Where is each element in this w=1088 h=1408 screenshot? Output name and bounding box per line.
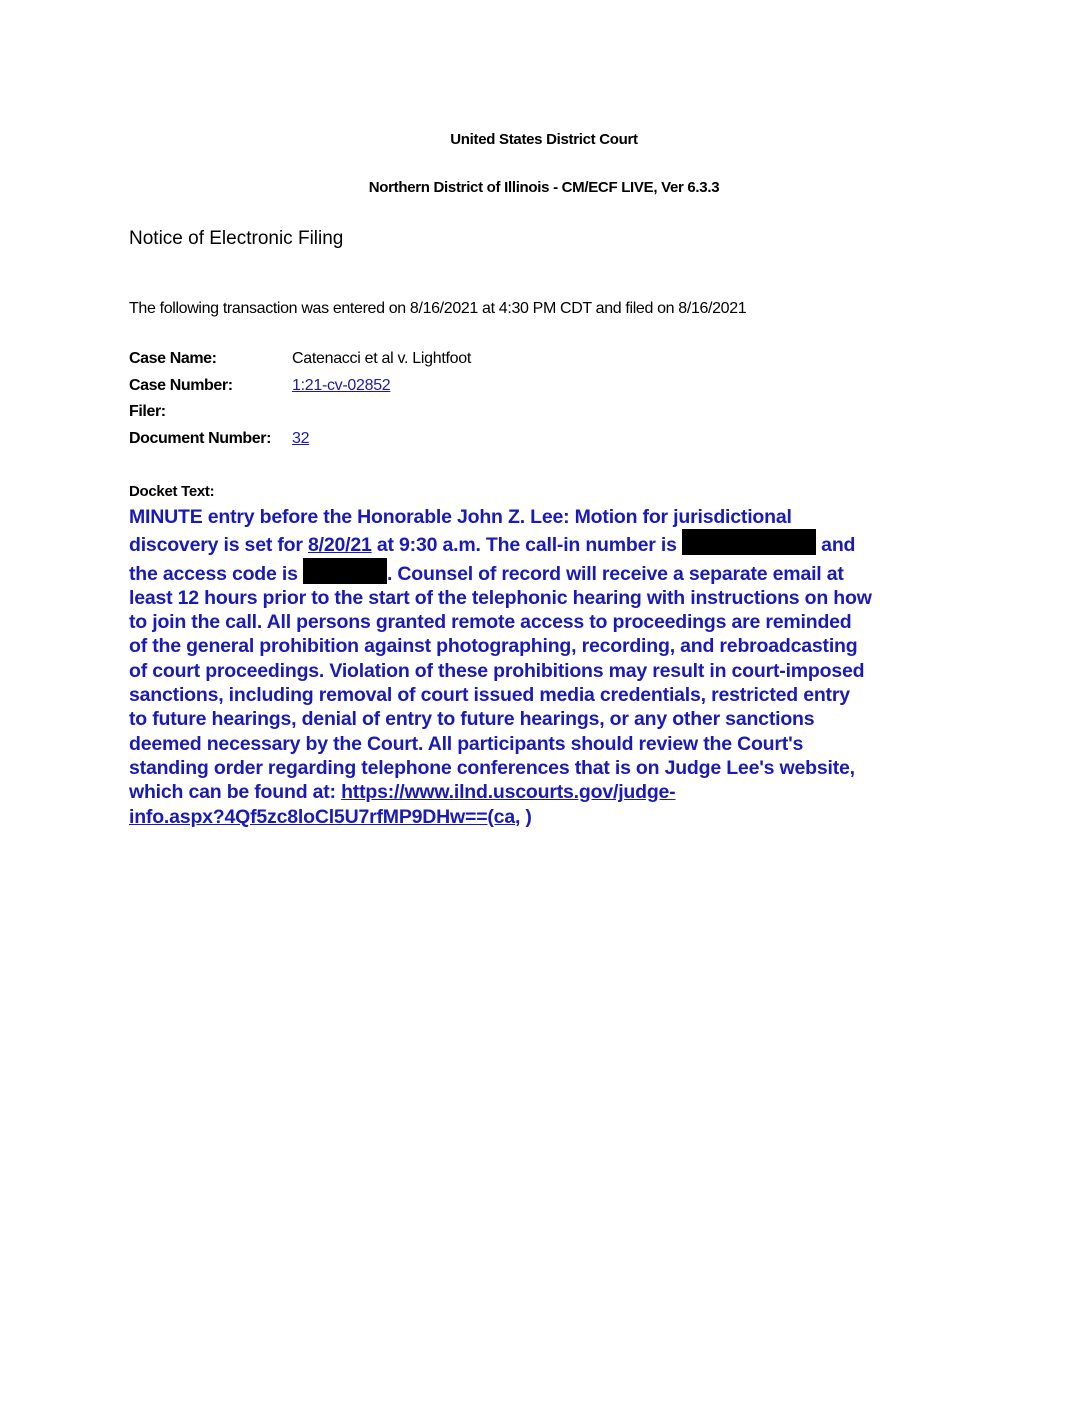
court-title: United States District Court bbox=[0, 131, 1088, 148]
docket-line: sanctions, including removal of court is… bbox=[129, 683, 969, 707]
filer-label: Filer: bbox=[129, 403, 166, 421]
judge-website-link[interactable]: https://www.ilnd.uscourts.gov/judge- bbox=[341, 781, 675, 803]
notice-page: United States District Court Northern Di… bbox=[0, 0, 1088, 1408]
docket-line: deemed necessary by the Court. All parti… bbox=[129, 732, 969, 756]
case-number-label: Case Number: bbox=[129, 377, 233, 395]
document-number-link[interactable]: 32 bbox=[292, 430, 309, 447]
redacted-call-in-number bbox=[682, 529, 816, 555]
docket-text: MINUTE entry before the Honorable John Z… bbox=[129, 505, 969, 829]
docket-line: of the general prohibition against photo… bbox=[129, 634, 969, 658]
docket-line: MINUTE entry before the Honorable John Z… bbox=[129, 505, 969, 529]
docket-line: least 12 hours prior to the start of the… bbox=[129, 586, 969, 610]
docket-line: info.aspx?4Qf5zc8loCl5U7rfMP9DHw==(ca, ) bbox=[129, 805, 969, 829]
docket-fragment: the access code is bbox=[129, 563, 303, 585]
district-title: Northern District of Illinois - CM/ECF L… bbox=[0, 179, 1088, 196]
judge-website-link-continued[interactable]: info.aspx?4Qf5zc8loCl5U7rfMP9DHw==(ca bbox=[129, 806, 515, 828]
case-name-label: Case Name: bbox=[129, 350, 217, 368]
docket-fragment: and bbox=[816, 534, 855, 556]
case-number-link[interactable]: 1:21-cv-02852 bbox=[292, 377, 390, 394]
docket-line: discovery is set for 8/20/21 at 9:30 a.m… bbox=[129, 529, 969, 557]
docket-fragment: which can be found at: bbox=[129, 781, 341, 803]
docket-line: standing order regarding telephone confe… bbox=[129, 756, 969, 780]
docket-line: to join the call. All persons granted re… bbox=[129, 610, 969, 634]
hearing-date: 8/20/21 bbox=[308, 534, 372, 556]
docket-fragment: , ) bbox=[515, 806, 532, 828]
page-title: Notice of Electronic Filing bbox=[129, 228, 343, 250]
transaction-statement: The following transaction was entered on… bbox=[129, 300, 746, 318]
docket-fragment: . Counsel of record will receive a separ… bbox=[387, 563, 844, 585]
docket-line: the access code is . Counsel of record w… bbox=[129, 558, 969, 586]
docket-fragment: at 9:30 a.m. The call-in number is bbox=[372, 534, 682, 556]
docket-fragment: discovery is set for bbox=[129, 534, 308, 556]
docket-text-label: Docket Text: bbox=[129, 483, 214, 500]
case-name-value: Catenacci et al v. Lightfoot bbox=[292, 350, 471, 368]
docket-line: which can be found at: https://www.ilnd.… bbox=[129, 780, 969, 804]
redacted-access-code bbox=[303, 558, 387, 584]
document-number-label: Document Number: bbox=[129, 430, 271, 448]
docket-line: of court proceedings. Violation of these… bbox=[129, 659, 969, 683]
docket-line: to future hearings, denial of entry to f… bbox=[129, 707, 969, 731]
